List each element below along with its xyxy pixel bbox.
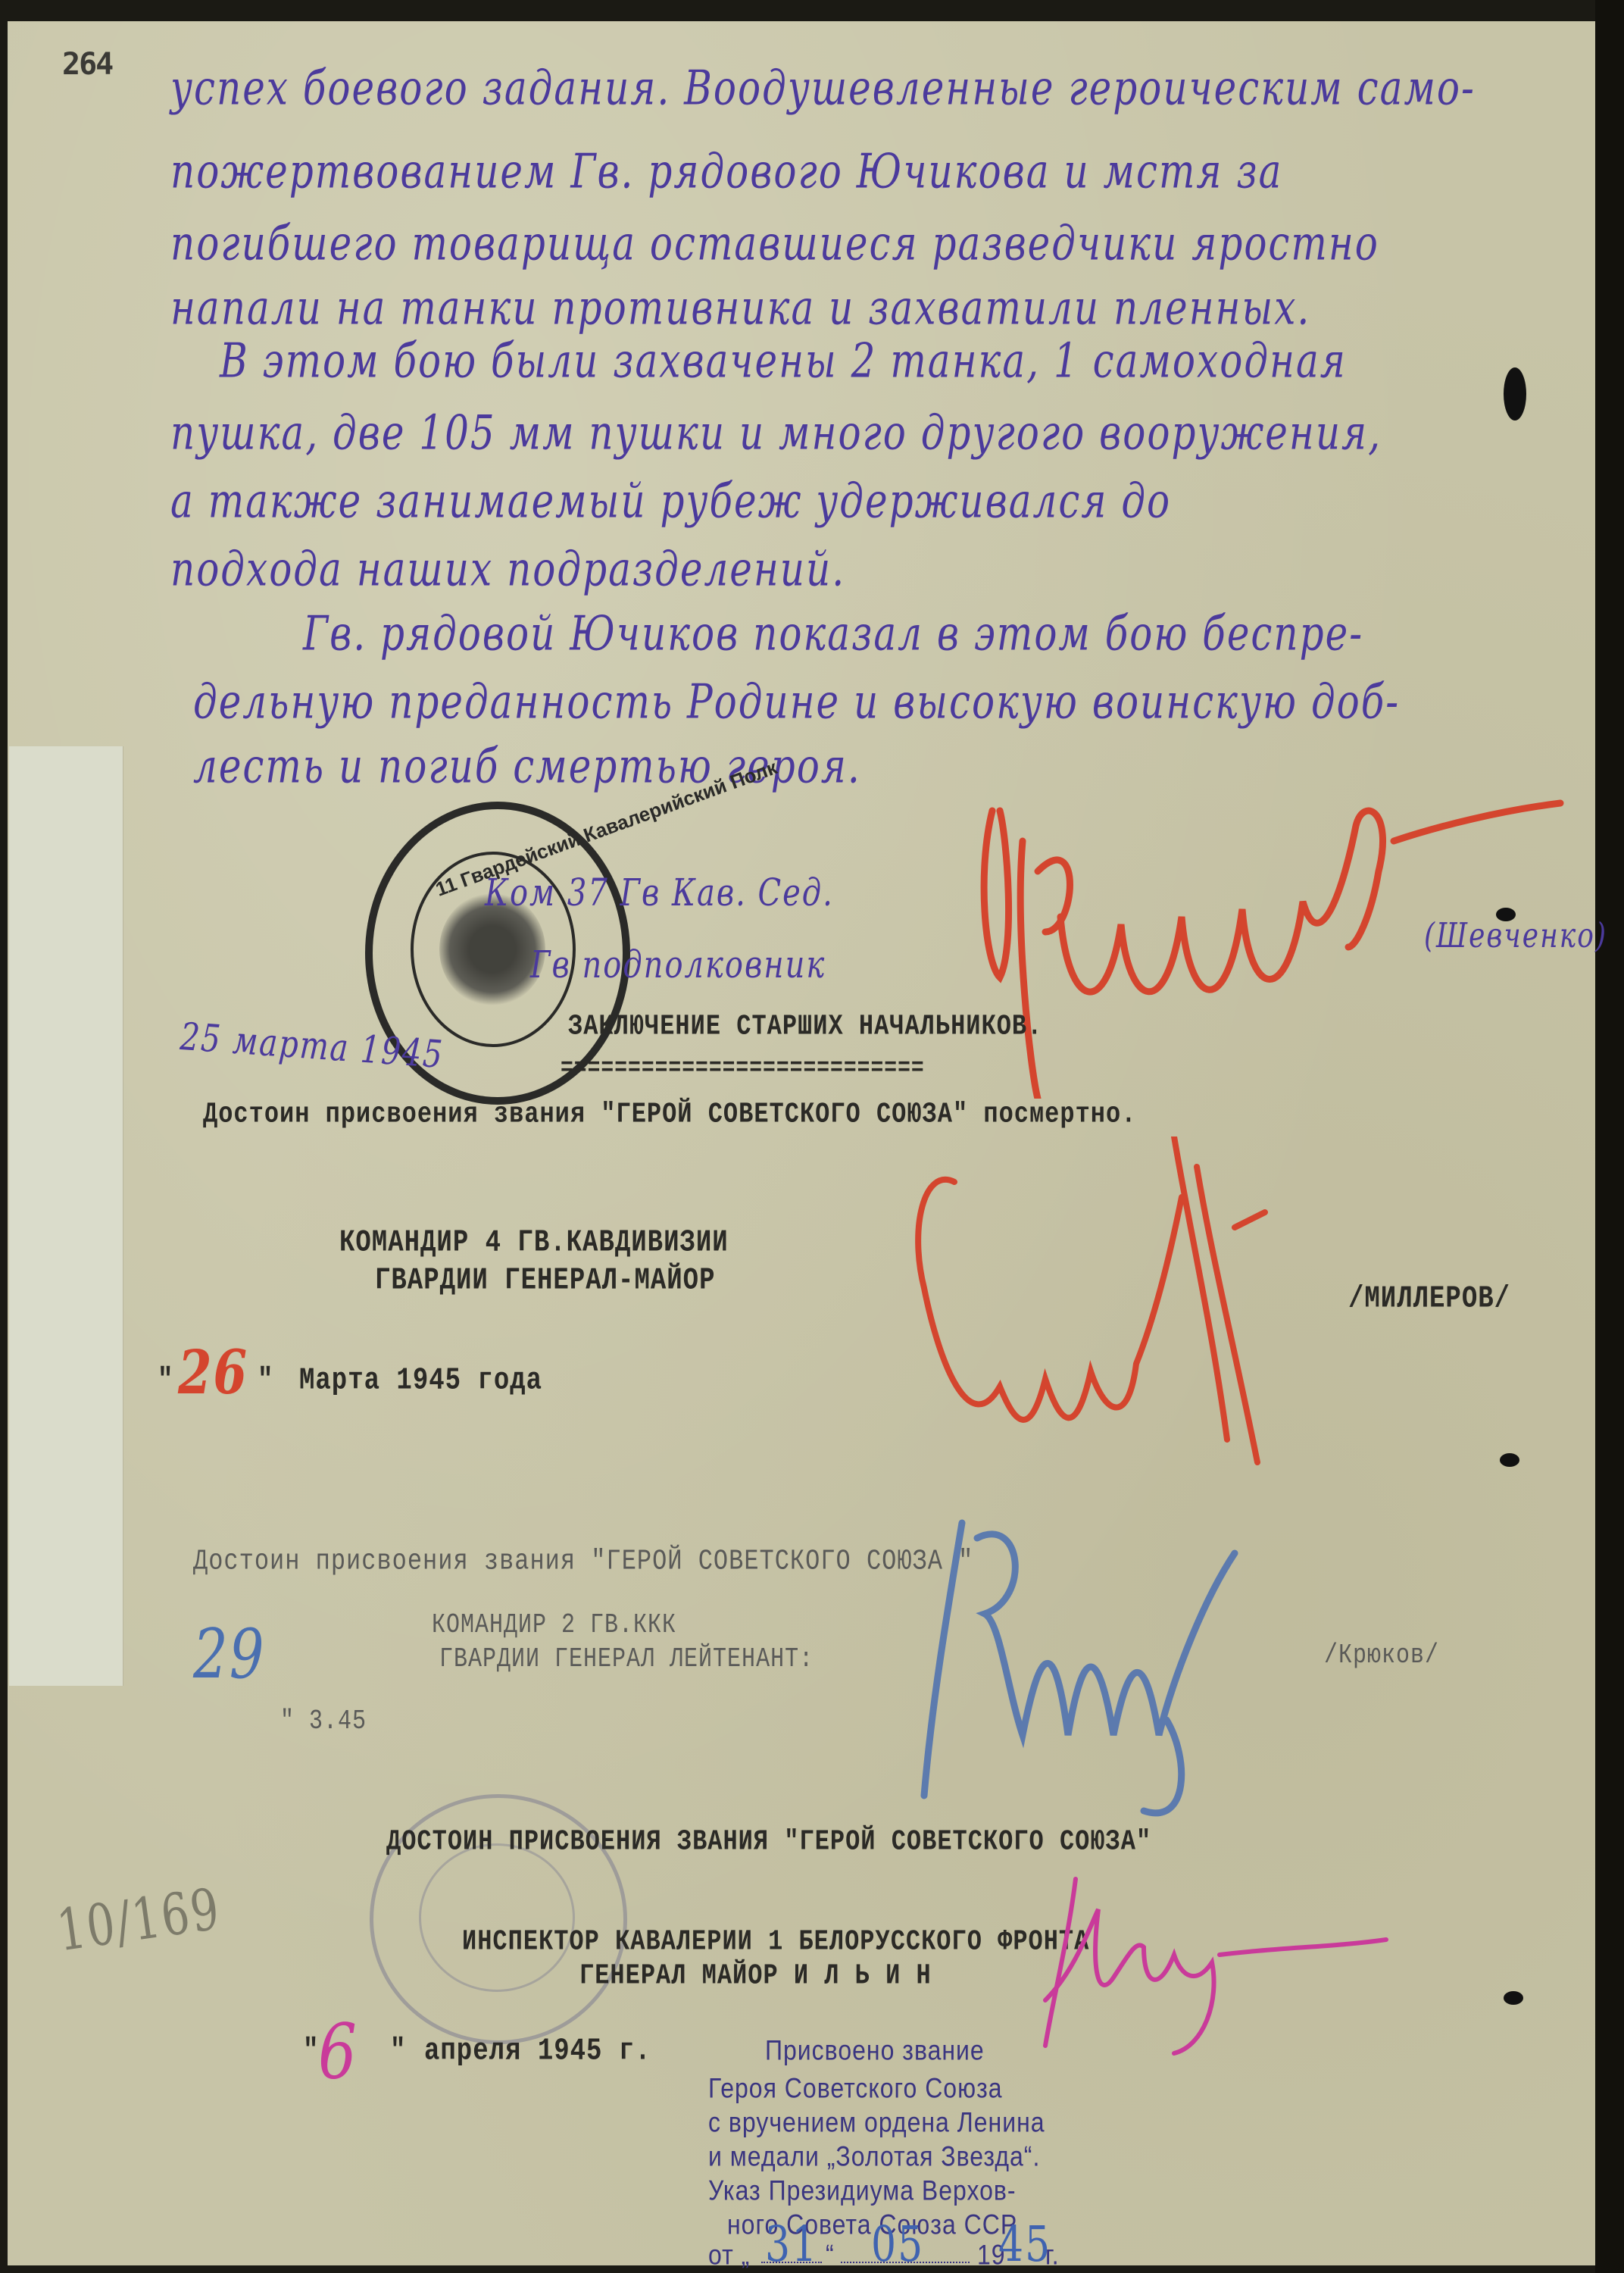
handwritten-line: подхода наших подразделений. xyxy=(170,542,845,597)
division-verdict: Достоин присвоения звания "ГЕРОЙ СОВЕТСК… xyxy=(203,1097,1136,1130)
signature-shevchenko-icon xyxy=(970,780,1591,1099)
punch-hole-icon xyxy=(1504,1991,1523,2005)
award-stamp-line: и медали „Золотая Звезда“. xyxy=(708,2140,1040,2173)
decree-date-month: 05 xyxy=(871,2216,924,2273)
regiment-commander-rank: Гв подполковник xyxy=(530,943,826,987)
corps-verdict: Достоин присвоения звания "ГЕРОЙ СОВЕТСК… xyxy=(193,1544,973,1577)
conclusion-underline: =========================== xyxy=(561,1055,925,1083)
corps-commander-title: КОМАНДИР 2 ГВ.ККК xyxy=(432,1610,676,1641)
conclusion-heading: ЗАКЛЮЧЕНИЕ СТАРШИХ НАЧАЛЬНИКОВ. xyxy=(568,1009,1042,1043)
handwritten-line: напали на танки противника и захватили п… xyxy=(170,280,1310,336)
award-stamp-line: с вручением ордена Ленина xyxy=(708,2106,1045,2139)
award-stamp-line: Присвоено звание xyxy=(765,2034,985,2067)
seal-inner-ring xyxy=(419,1843,575,1992)
scan-border xyxy=(1595,0,1624,2273)
front-verdict: ДОСТОИН ПРИСВОЕНИЯ ЗВАНИЯ "ГЕРОЙ СОВЕТСК… xyxy=(386,1824,1151,1858)
division-date-rest: Марта 1945 года xyxy=(299,1364,542,1399)
handwritten-line: погибшего товарища оставшиеся разведчики… xyxy=(170,216,1379,271)
corps-date-day: 29 xyxy=(193,1614,266,1693)
decree-date-day: 31 xyxy=(765,2216,818,2273)
division-date-day: 26 xyxy=(178,1337,248,1409)
punch-hole-icon xyxy=(1500,1453,1519,1467)
handwritten-line: пожертвованием Гв. рядового Ючикова и мс… xyxy=(170,144,1283,199)
handwritten-line: а также занимаемый рубеж удерживался до xyxy=(170,474,1171,529)
corps-commander-name: /Крюков/ xyxy=(1324,1640,1439,1671)
handwritten-line: успех боевого задания. Воодушевленные ге… xyxy=(170,61,1476,116)
punch-hole-icon xyxy=(1504,367,1526,421)
handwritten-line: В этом бою были захвачены 2 танка, 1 сам… xyxy=(220,333,1347,389)
archive-page-number: 264 xyxy=(62,47,112,82)
signature-kryukov-icon xyxy=(917,1508,1341,1826)
front-date-rest: апреля 1945 г. xyxy=(424,2034,651,2069)
signature-millerov-icon xyxy=(909,1136,1394,1470)
decree-date-year: 45 xyxy=(998,2216,1051,2273)
regiment-commander-title: Ком 37 Гв Кав. Сед. xyxy=(485,871,834,915)
award-stamp-line: Героя Советского Союза xyxy=(708,2072,1003,2105)
paper-repair-patch xyxy=(9,746,123,1686)
corps-date-rest: " 3.45 xyxy=(280,1706,367,1737)
front-inspector-rank: ГЕНЕРАЛ МАЙОР И Л Ь И Н xyxy=(579,1959,932,1992)
corps-commander-rank: ГВАРДИИ ГЕНЕРАЛ ЛЕЙТЕНАНТ: xyxy=(439,1644,814,1675)
division-commander-title: КОМАНДИР 4 ГВ.КАВДИВИЗИИ xyxy=(339,1226,729,1261)
handwritten-line: дельную преданность Родине и высокую вои… xyxy=(193,674,1400,730)
handwritten-line: пушка, две 105 мм пушки и много другого … xyxy=(170,405,1382,461)
award-stamp-line: Указ Президиума Верхов- xyxy=(708,2175,1017,2207)
front-inspector-title: ИНСПЕКТОР КАВАЛЕРИИ 1 БЕЛОРУССКОГО ФРОНТ… xyxy=(462,1924,1089,1958)
signature-ilyin-icon xyxy=(1030,1864,1394,2061)
front-date-day: 6 xyxy=(318,2008,358,2096)
division-commander-rank: ГВАРДИИ ГЕНЕРАЛ-МАЙОР xyxy=(375,1264,715,1299)
handwritten-line: Гв. рядовой Ючиков показал в этом бою бе… xyxy=(303,606,1363,661)
